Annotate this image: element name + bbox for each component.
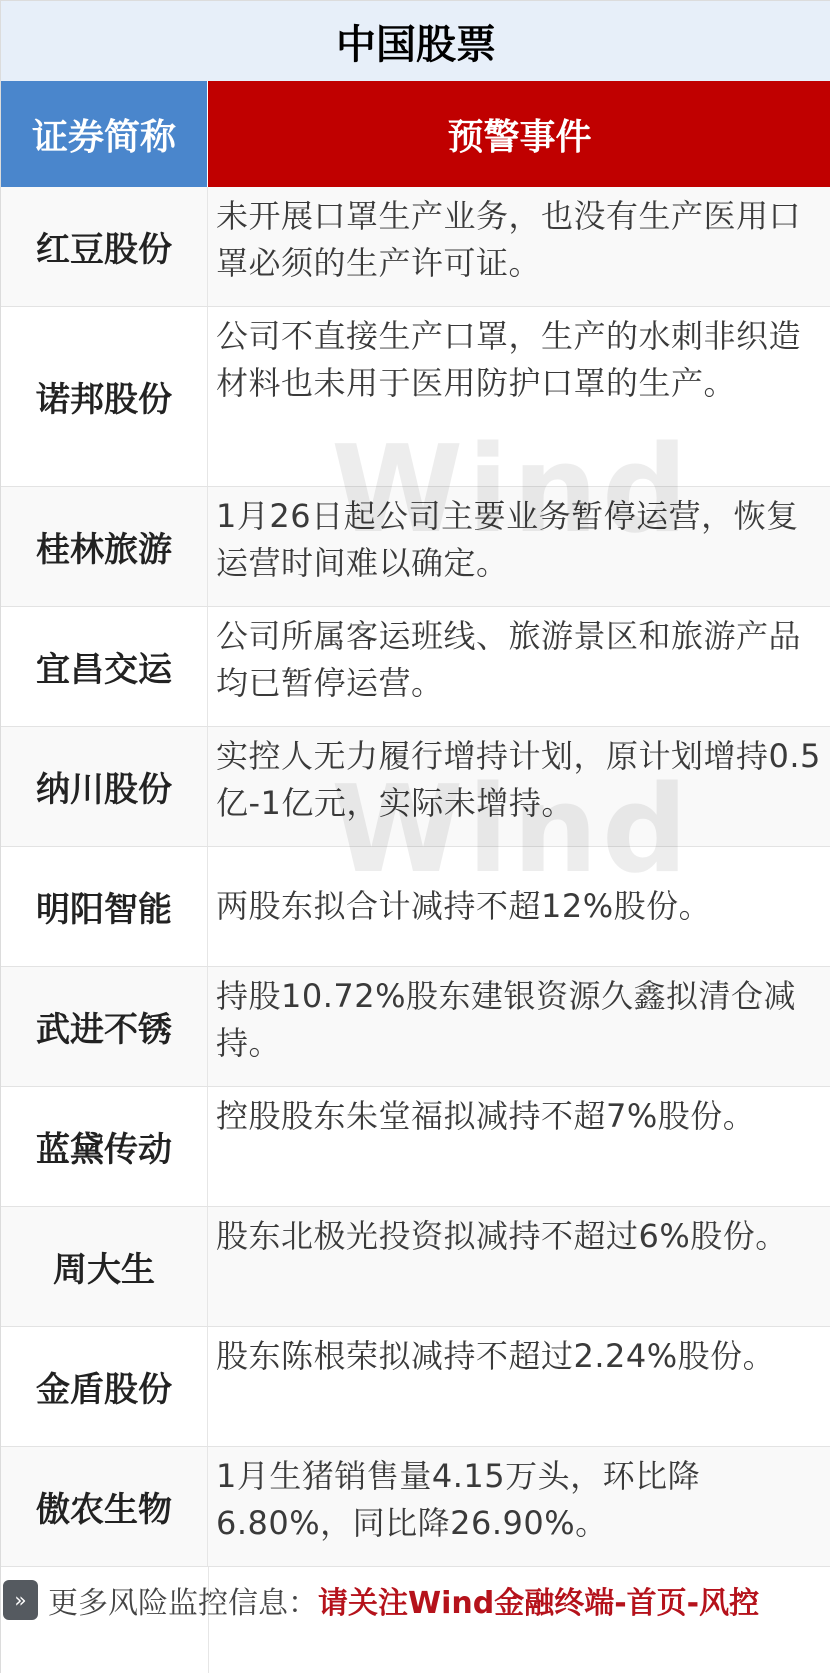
table-header: 证券简称 预警事件 <box>1 81 830 187</box>
table-row: 武进不锈 持股10.72%股东建银资源久鑫拟清仓减持。 <box>1 967 830 1087</box>
alert-event: 未开展口罩生产业务，也没有生产医用口罩必须的生产许可证。 <box>208 187 830 306</box>
table-row: 傲农生物 1月生猪销售量4.15万头，环比降6.80%，同比降26.90%。 <box>1 1447 830 1567</box>
security-name: 傲农生物 <box>1 1447 208 1566</box>
header-security-name: 证券简称 <box>1 81 208 187</box>
security-name: 宜昌交运 <box>1 607 208 726</box>
security-name: 纳川股份 <box>1 727 208 846</box>
alert-event: 控股股东朱堂福拟减持不超7%股份。 <box>208 1087 830 1206</box>
alert-event: 持股10.72%股东建银资源久鑫拟清仓减持。 <box>208 967 830 1086</box>
header-alert-event: 预警事件 <box>208 81 830 187</box>
alert-event: 1月26日起公司主要业务暂停运营，恢复运营时间难以确定。 <box>208 487 830 606</box>
table-row: 桂林旅游 1月26日起公司主要业务暂停运营，恢复运营时间难以确定。 <box>1 487 830 607</box>
alert-event: 实控人无力履行增持计划，原计划增持0.5亿-1亿元，实际未增持。 <box>208 727 830 846</box>
security-name: 明阳智能 <box>1 847 208 966</box>
security-name: 武进不锈 <box>1 967 208 1086</box>
security-name: 诺邦股份 <box>1 307 208 486</box>
alert-event: 股东陈根荣拟减持不超过2.24%股份。 <box>208 1327 830 1446</box>
security-name: 周大生 <box>1 1207 208 1326</box>
table-row: 宜昌交运 公司所属客运班线、旅游景区和旅游产品均已暂停运营。 <box>1 607 830 727</box>
table-row: 蓝黛传动 控股股东朱堂福拟减持不超7%股份。 <box>1 1087 830 1207</box>
table-body: 红豆股份 未开展口罩生产业务，也没有生产医用口罩必须的生产许可证。 诺邦股份 公… <box>1 187 830 1567</box>
more-info-line: » 更多风险监控信息： 请关注Wind金融终端-首页-风控 <box>3 1579 759 1621</box>
footer: » 更多风险监控信息： 请关注Wind金融终端-首页-风控 <box>1 1567 830 1673</box>
security-name: 桂林旅游 <box>1 487 208 606</box>
double-chevron-right-icon[interactable]: » <box>3 1580 38 1620</box>
security-name: 蓝黛传动 <box>1 1087 208 1206</box>
alert-event: 公司不直接生产口罩，生产的水刺非织造材料也未用于医用防护口罩的生产。 <box>208 307 830 486</box>
security-name: 红豆股份 <box>1 187 208 306</box>
table-row: 金盾股份 股东陈根荣拟减持不超过2.24%股份。 <box>1 1327 830 1447</box>
alert-event: 股东北极光投资拟减持不超过6%股份。 <box>208 1207 830 1326</box>
wind-terminal-link[interactable]: 请关注Wind金融终端-首页-风控 <box>318 1578 759 1622</box>
table-row: 红豆股份 未开展口罩生产业务，也没有生产医用口罩必须的生产许可证。 <box>1 187 830 307</box>
table-row: 周大生 股东北极光投资拟减持不超过6%股份。 <box>1 1207 830 1327</box>
alert-event: 两股东拟合计减持不超12%股份。 <box>208 847 830 966</box>
alert-event: 公司所属客运班线、旅游景区和旅游产品均已暂停运营。 <box>208 607 830 726</box>
table-row: 诺邦股份 公司不直接生产口罩，生产的水刺非织造材料也未用于医用防护口罩的生产。 <box>1 307 830 487</box>
risk-alert-table-page: 中国股票 证券简称 预警事件 红豆股份 未开展口罩生产业务，也没有生产医用口罩必… <box>0 0 830 1673</box>
table-row: 纳川股份 实控人无力履行增持计划，原计划增持0.5亿-1亿元，实际未增持。 <box>1 727 830 847</box>
table-row: 明阳智能 两股东拟合计减持不超12%股份。 <box>1 847 830 967</box>
page-title: 中国股票 <box>1 1 830 81</box>
security-name: 金盾股份 <box>1 1327 208 1446</box>
alert-event: 1月生猪销售量4.15万头，环比降6.80%，同比降26.90%。 <box>208 1447 830 1566</box>
more-info-label: 更多风险监控信息： <box>48 1578 318 1622</box>
